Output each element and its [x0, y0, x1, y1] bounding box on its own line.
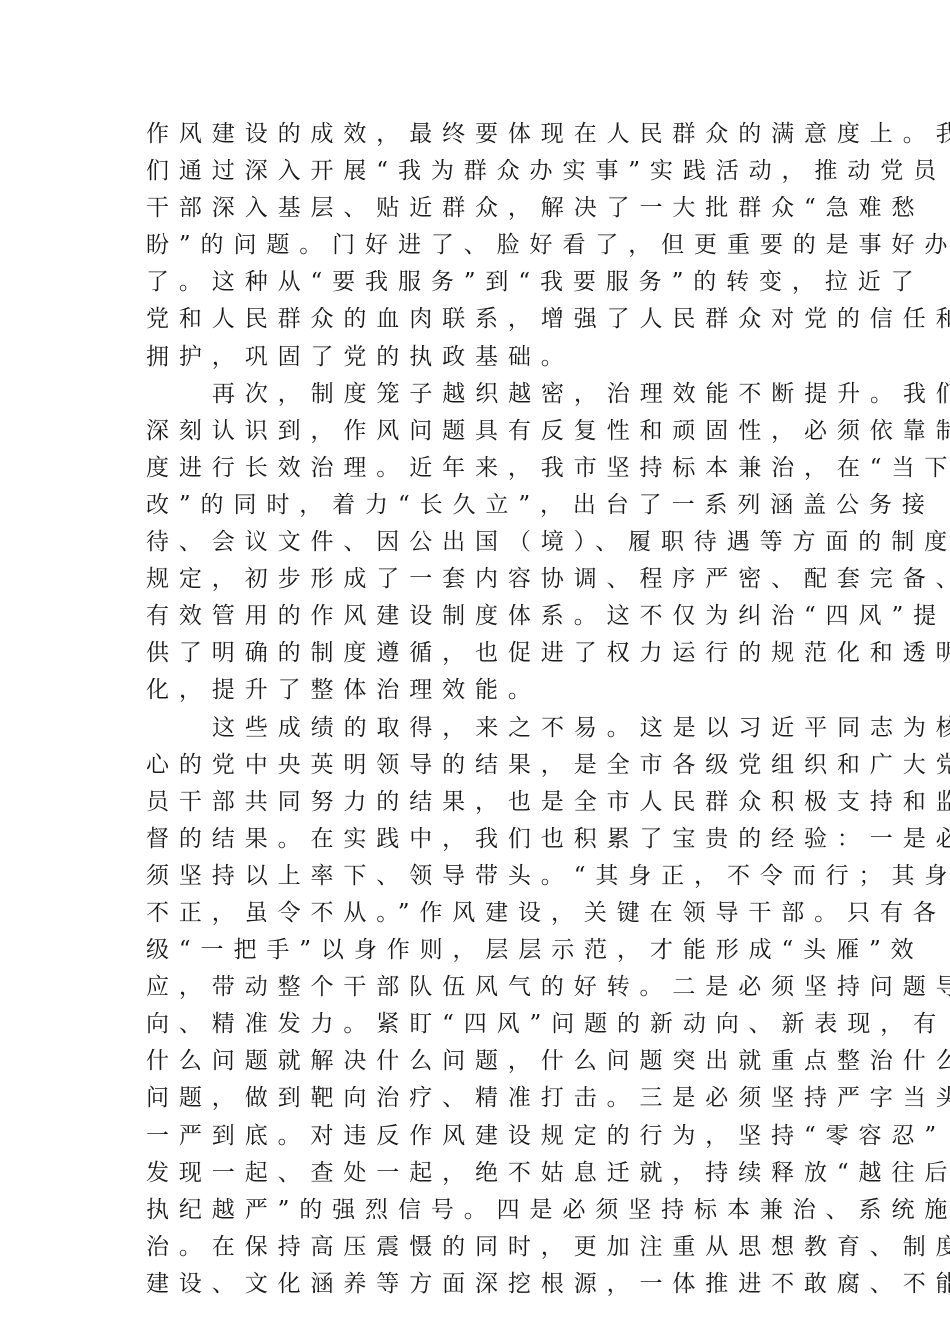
text-line: 党和人民群众的血肉联系，增强了人民群众对党的信任和 [146, 301, 806, 338]
text-line: 盼”的问题。门好进了、脸好看了，但更重要的是事好办 [146, 227, 806, 264]
text-line: 有效管用的作风建设制度体系。这不仅为纠治“四风”提 [146, 598, 806, 635]
text-line: 化，提升了整体治理效能。 [146, 672, 806, 709]
text-line: 应，带动整个干部队伍风气的好转。二是必须坚持问题导 [146, 969, 806, 1006]
text-line: 待、会议文件、因公出国（境）、履职待遇等方面的制度 [146, 524, 806, 561]
text-line: 供了明确的制度遵循，也促进了权力运行的规范化和透明 [146, 635, 806, 672]
paragraph-1: 作风建设的成效，最终要体现在人民群众的满意度上。我 们通过深入开展“我为群众办实… [146, 116, 806, 376]
text-line: 员干部共同努力的结果，也是全市人民群众积极支持和监 [146, 784, 806, 821]
text-line: 一严到底。对违反作风建设规定的行为，坚持“零容忍” [146, 1118, 806, 1155]
text-line: 不正，虽令不从。”作风建设，关键在领导干部。只有各 [146, 895, 806, 932]
document-page: 作风建设的成效，最终要体现在人民群众的满意度上。我 们通过深入开展“我为群众办实… [146, 116, 806, 1303]
text-line: 拥护，巩固了党的执政基础。 [146, 339, 806, 376]
text-line: 向、精准发力。紧盯“四风”问题的新动向、新表现，有 [146, 1006, 806, 1043]
text-line: 这些成绩的取得，来之不易。这是以习近平同志为核 [146, 710, 806, 747]
text-line: 改”的同时，着力“长久立”，出台了一系列涵盖公务接 [146, 487, 806, 524]
text-line: 须坚持以上率下、领导带头。“其身正，不令而行；其身 [146, 858, 806, 895]
text-line: 了。这种从“要我服务”到“我要服务”的转变，拉近了 [146, 264, 806, 301]
text-line: 作风建设的成效，最终要体现在人民群众的满意度上。我 [146, 116, 806, 153]
text-line: 们通过深入开展“我为群众办实事”实践活动，推动党员 [146, 153, 806, 190]
paragraph-3: 这些成绩的取得，来之不易。这是以习近平同志为核 心的党中央英明领导的结果，是全市… [146, 710, 806, 1304]
text-line: 督的结果。在实践中，我们也积累了宝贵的经验：一是必 [146, 821, 806, 858]
text-line: 规定，初步形成了一套内容协调、程序严密、配套完备、 [146, 561, 806, 598]
text-line: 级“一把手”以身作则，层层示范，才能形成“头雁”效 [146, 932, 806, 969]
text-line: 什么问题就解决什么问题，什么问题突出就重点整治什么 [146, 1043, 806, 1080]
text-line: 建设、文化涵养等方面深挖根源，一体推进不敢腐、不能 [146, 1266, 806, 1303]
paragraph-2: 再次，制度笼子越织越密，治理效能不断提升。我们 深刻认识到，作风问题具有反复性和… [146, 376, 806, 710]
text-line: 心的党中央英明领导的结果，是全市各级党组织和广大党 [146, 747, 806, 784]
text-line: 度进行长效治理。近年来，我市坚持标本兼治，在“当下 [146, 450, 806, 487]
text-line: 治。在保持高压震慑的同时，更加注重从思想教育、制度 [146, 1229, 806, 1266]
text-line: 发现一起、查处一起，绝不姑息迁就，持续释放“越往后 [146, 1155, 806, 1192]
text-line: 执纪越严”的强烈信号。四是必须坚持标本兼治、系统施 [146, 1192, 806, 1229]
text-line: 再次，制度笼子越织越密，治理效能不断提升。我们 [146, 376, 806, 413]
text-line: 干部深入基层、贴近群众，解决了一大批群众“急难愁 [146, 190, 806, 227]
text-line: 问题，做到靶向治疗、精准打击。三是必须坚持严字当头 [146, 1080, 806, 1117]
text-line: 深刻认识到，作风问题具有反复性和顽固性，必须依靠制 [146, 413, 806, 450]
